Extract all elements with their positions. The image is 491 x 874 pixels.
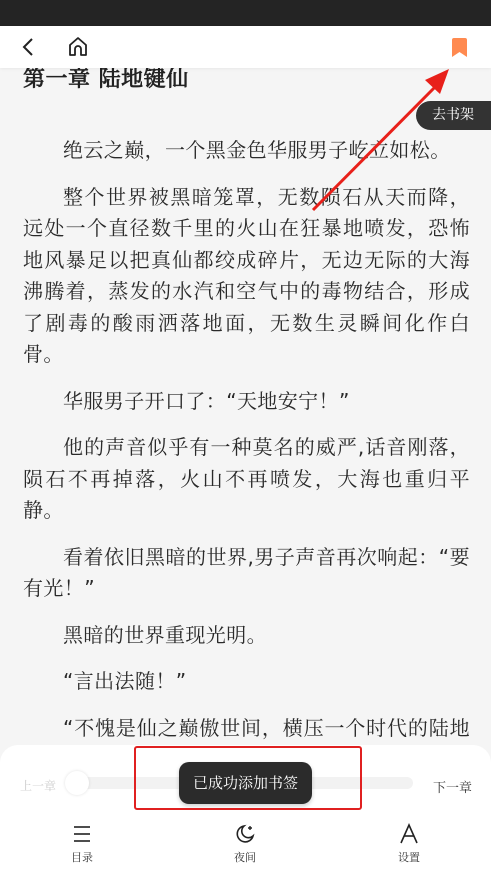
back-icon[interactable]	[18, 35, 40, 59]
top-nav-bar	[0, 26, 491, 68]
paragraph: 整个世界被黑暗笼罩，无数陨石从天而降，远处一个直径数千里的火山在狂暴地喷发，恐怖…	[23, 182, 470, 371]
font-a-icon	[398, 823, 420, 845]
next-chapter-button[interactable]: 下一章	[433, 777, 472, 796]
paragraph: “言出法随！”	[23, 666, 470, 698]
paragraph: 绝云之巅，一个黑金色华服男子屹立如松。	[23, 135, 470, 167]
slider-thumb[interactable]	[65, 771, 89, 795]
go-to-bookshelf-button[interactable]: 去书架	[416, 101, 491, 130]
home-icon[interactable]	[66, 35, 90, 59]
chapter-content: 绝云之巅，一个黑金色华服男子屹立如松。 整个世界被黑暗笼罩，无数陨石从天而降，远…	[23, 135, 470, 822]
night-mode-label: 夜间	[215, 849, 275, 865]
settings-label: 设置	[379, 849, 439, 865]
paragraph: 他的声音似乎有一种莫名的威严,话音刚落，陨石不再掉落，火山不再喷发，大海也重归平…	[23, 432, 470, 527]
status-bar	[0, 0, 491, 26]
prev-chapter-button[interactable]: 上一章	[20, 777, 56, 794]
moon-icon	[234, 823, 256, 845]
paragraph: 看着依旧黑暗的世界,男子声音再次响起：“要有光！”	[23, 542, 470, 605]
paragraph: 黑暗的世界重现光明。	[23, 620, 470, 652]
catalog-label: 目录	[52, 849, 112, 865]
annotation-highlight-box	[134, 746, 362, 810]
paragraph: 华服男子开口了：“天地安宁！”	[23, 386, 470, 418]
night-mode-button[interactable]: 夜间	[215, 823, 275, 865]
menu-list-icon	[71, 823, 93, 845]
catalog-button[interactable]: 目录	[52, 823, 112, 865]
settings-button[interactable]: 设置	[379, 823, 439, 865]
bookmark-icon[interactable]	[451, 38, 468, 57]
